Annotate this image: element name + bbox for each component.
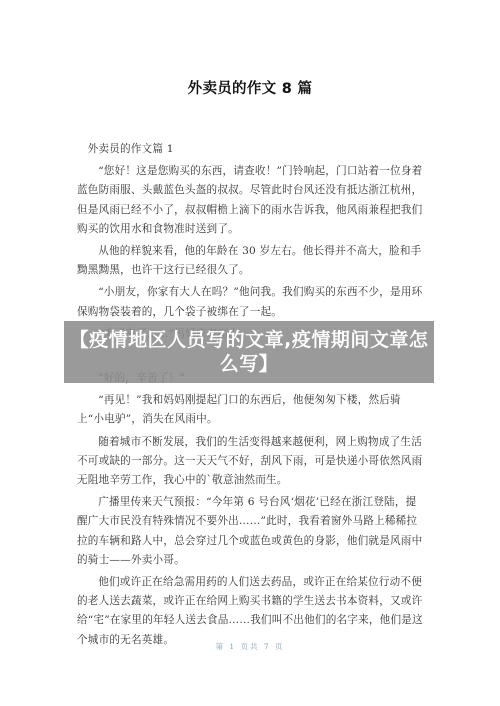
document-title: 外卖员的作文 8 篇 [0,77,500,98]
overlay-title-banner: 【疫情地区人员写的文章,疫情期间文章怎么写】 [64,321,434,383]
paragraph: 广播里传来天气预报：“今年第 6 号台风‘烟花’已经在浙江登陆，提醒广大市民没有… [77,493,423,570]
section-heading: 外卖员的作文篇 1 [77,140,423,159]
paragraph: 从他的样貌来看，他的年龄在 30 岁左右。他长得并不高大，脸和手黝黑黝黑，也许干… [77,242,423,280]
paragraph: “您好！这是您购买的东西，请查收！”门铃响起，门口站着一位身着蓝色防雨服、头戴蓝… [77,162,423,239]
paragraph: 随着城市不断发展，我们的生活变得越来越便利，网上购物成了生活不可或缺的一部分。这… [77,433,423,491]
document-body: 外卖员的作文篇 1 “您好！这是您购买的东西，请查收！”门铃响起，门口站着一位身… [77,140,423,653]
paragraph: “再见！”我和妈妈刚提起门口的东西后，他便匆匆下楼，然后骑上“小电驴”，消失在风… [77,391,423,429]
document-page: 外卖员的作文 8 篇 外卖员的作文篇 1 “您好！这是您购买的东西，请查收！”门… [0,0,500,706]
paragraph: 他们或许正在给急需用药的人们送去药品，或许正在给某位行动不便的老人送去蔬菜，或许… [77,573,423,650]
overlay-title: 【疫情地区人员写的文章,疫情期间文章怎么写】 [69,328,429,376]
paragraph: “小朋友，你家有大人在吗？”他问我。我们购买的东西不少，是用环保购物袋装着的，几… [77,283,423,321]
page-number-footer: 第 1 页共 7 页 [0,641,500,652]
